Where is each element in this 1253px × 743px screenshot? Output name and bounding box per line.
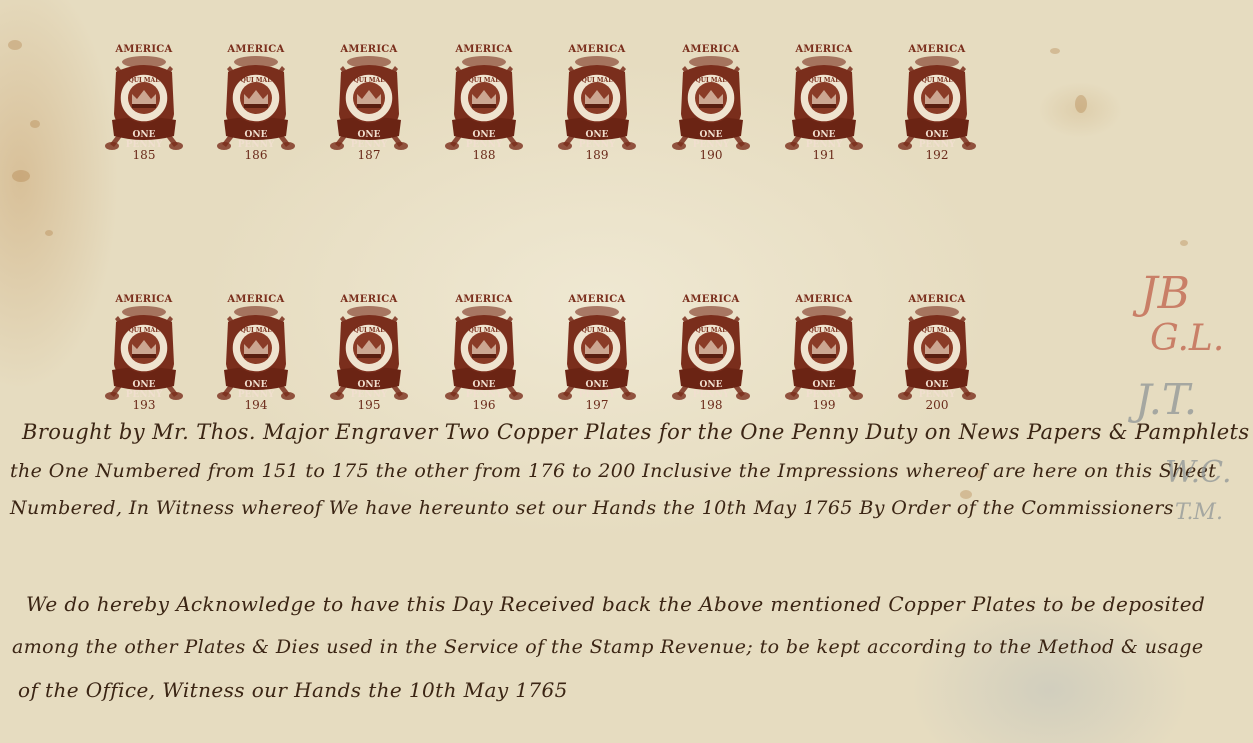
stamp-denomination: ONE PENNY [114, 380, 174, 400]
stamp-top-label: AMERICA [325, 294, 413, 305]
stamp-number: 200 [893, 398, 981, 412]
stamp-200: QUI MALAMERICAONE PENNY200 [893, 294, 981, 412]
stamp-denomination: ONE PENNY [454, 380, 514, 400]
svg-text:QUI MAL: QUI MAL [241, 77, 273, 84]
foxing-spot [1180, 240, 1188, 246]
svg-text:QUI MAL: QUI MAL [129, 327, 161, 334]
stamp-188: QUI MALAMERICAONE PENNY188 [440, 44, 528, 162]
stamp-denomination: ONE PENNY [567, 380, 627, 400]
stamp-number: 195 [325, 398, 413, 412]
stamp-top-label: AMERICA [893, 294, 981, 305]
stamp-top-label: AMERICA [440, 294, 528, 305]
acknowledgement-line-1: We do hereby Acknowledge to have this Da… [26, 592, 1205, 616]
stamp-192: QUI MALAMERICAONE PENNY192 [893, 44, 981, 162]
stamp-denomination: ONE PENNY [339, 380, 399, 400]
acknowledgement-line-2: among the other Plates & Dies used in th… [12, 636, 1204, 658]
acknowledgement-line-3: of the Office, Witness our Hands the 10t… [18, 678, 568, 702]
svg-text:QUI MAL: QUI MAL [241, 327, 273, 334]
certificate-line-3: Numbered, In Witness whereof We have her… [10, 497, 1174, 519]
stamp-185: QUI MALAMERICAONE PENNY185 [100, 44, 188, 162]
stamp-190: QUI MALAMERICAONE PENNY190 [667, 44, 755, 162]
stamp-number: 185 [100, 148, 188, 162]
stamp-199: QUI MALAMERICAONE PENNY199 [780, 294, 868, 412]
svg-text:QUI MAL: QUI MAL [809, 327, 841, 334]
stamp-denomination: ONE PENNY [454, 130, 514, 150]
stamp-top-label: AMERICA [553, 44, 641, 55]
stamp-denomination: ONE PENNY [567, 130, 627, 150]
svg-text:QUI MAL: QUI MAL [582, 77, 614, 84]
foxing-spot [45, 230, 53, 236]
stamp-197: QUI MALAMERICAONE PENNY197 [553, 294, 641, 412]
stamp-number: 188 [440, 148, 528, 162]
stamp-denomination: ONE PENNY [681, 130, 741, 150]
stamp-denomination: ONE PENNY [794, 380, 854, 400]
stamp-194: QUI MALAMERICAONE PENNY194 [212, 294, 300, 412]
stamp-top-label: AMERICA [212, 44, 300, 55]
svg-text:QUI MAL: QUI MAL [469, 77, 501, 84]
stamp-189: QUI MALAMERICAONE PENNY189 [553, 44, 641, 162]
pencil-initials-2: W.C. [1165, 455, 1232, 490]
svg-text:QUI MAL: QUI MAL [129, 77, 161, 84]
stamp-denomination: ONE PENNY [794, 130, 854, 150]
stamp-196: QUI MALAMERICAONE PENNY196 [440, 294, 528, 412]
svg-text:QUI MAL: QUI MAL [696, 77, 728, 84]
stamp-187: QUI MALAMERICAONE PENNY187 [325, 44, 413, 162]
stamp-number: 190 [667, 148, 755, 162]
stamp-193: QUI MALAMERICAONE PENNY193 [100, 294, 188, 412]
certificate-line-1: Brought by Mr. Thos. Major Engraver Two … [22, 420, 1250, 444]
pencil-initials-3: T.M. [1175, 500, 1223, 525]
stamp-top-label: AMERICA [893, 44, 981, 55]
stamp-number: 191 [780, 148, 868, 162]
svg-text:QUI MAL: QUI MAL [582, 327, 614, 334]
stamp-denomination: ONE PENNY [339, 130, 399, 150]
stamp-top-label: AMERICA [100, 294, 188, 305]
stamp-top-label: AMERICA [100, 44, 188, 55]
stamp-denomination: ONE PENNY [681, 380, 741, 400]
svg-text:QUI MAL: QUI MAL [922, 327, 954, 334]
svg-text:QUI MAL: QUI MAL [696, 327, 728, 334]
red-initials-1: JB [1140, 268, 1190, 319]
stamp-top-label: AMERICA [212, 294, 300, 305]
stamp-denomination: ONE PENNY [226, 380, 286, 400]
stamp-denomination: ONE PENNY [226, 130, 286, 150]
stamp-row-1: QUI MALAMERICAONE PENNY185QUI MALAMERICA… [0, 44, 1253, 174]
stamp-195: QUI MALAMERICAONE PENNY195 [325, 294, 413, 412]
pencil-initials-1: J.T. [1135, 375, 1197, 424]
stamp-top-label: AMERICA [780, 294, 868, 305]
stamp-top-label: AMERICA [325, 44, 413, 55]
stamp-denomination: ONE PENNY [114, 130, 174, 150]
svg-text:QUI MAL: QUI MAL [469, 327, 501, 334]
stamp-191: QUI MALAMERICAONE PENNY191 [780, 44, 868, 162]
stamp-number: 194 [212, 398, 300, 412]
stamp-top-label: AMERICA [667, 294, 755, 305]
stamp-number: 186 [212, 148, 300, 162]
red-initials-2: G.L. [1150, 318, 1224, 359]
stamp-number: 187 [325, 148, 413, 162]
stamp-186: QUI MALAMERICAONE PENNY186 [212, 44, 300, 162]
stamp-number: 199 [780, 398, 868, 412]
stamp-number: 197 [553, 398, 641, 412]
stamp-top-label: AMERICA [553, 294, 641, 305]
svg-text:QUI MAL: QUI MAL [922, 77, 954, 84]
stamp-row-2: QUI MALAMERICAONE PENNY193QUI MALAMERICA… [0, 294, 1253, 424]
stamp-denomination: ONE PENNY [907, 380, 967, 400]
stamp-number: 198 [667, 398, 755, 412]
svg-text:QUI MAL: QUI MAL [809, 77, 841, 84]
stamp-number: 196 [440, 398, 528, 412]
stamp-denomination: ONE PENNY [907, 130, 967, 150]
stamp-top-label: AMERICA [440, 44, 528, 55]
stamp-top-label: AMERICA [667, 44, 755, 55]
svg-text:QUI MAL: QUI MAL [354, 77, 386, 84]
stamp-number: 192 [893, 148, 981, 162]
certificate-line-2: the One Numbered from 151 to 175 the oth… [10, 460, 1216, 482]
svg-text:QUI MAL: QUI MAL [354, 327, 386, 334]
stamp-number: 189 [553, 148, 641, 162]
stamp-top-label: AMERICA [780, 44, 868, 55]
stamp-number: 193 [100, 398, 188, 412]
stamp-198: QUI MALAMERICAONE PENNY198 [667, 294, 755, 412]
